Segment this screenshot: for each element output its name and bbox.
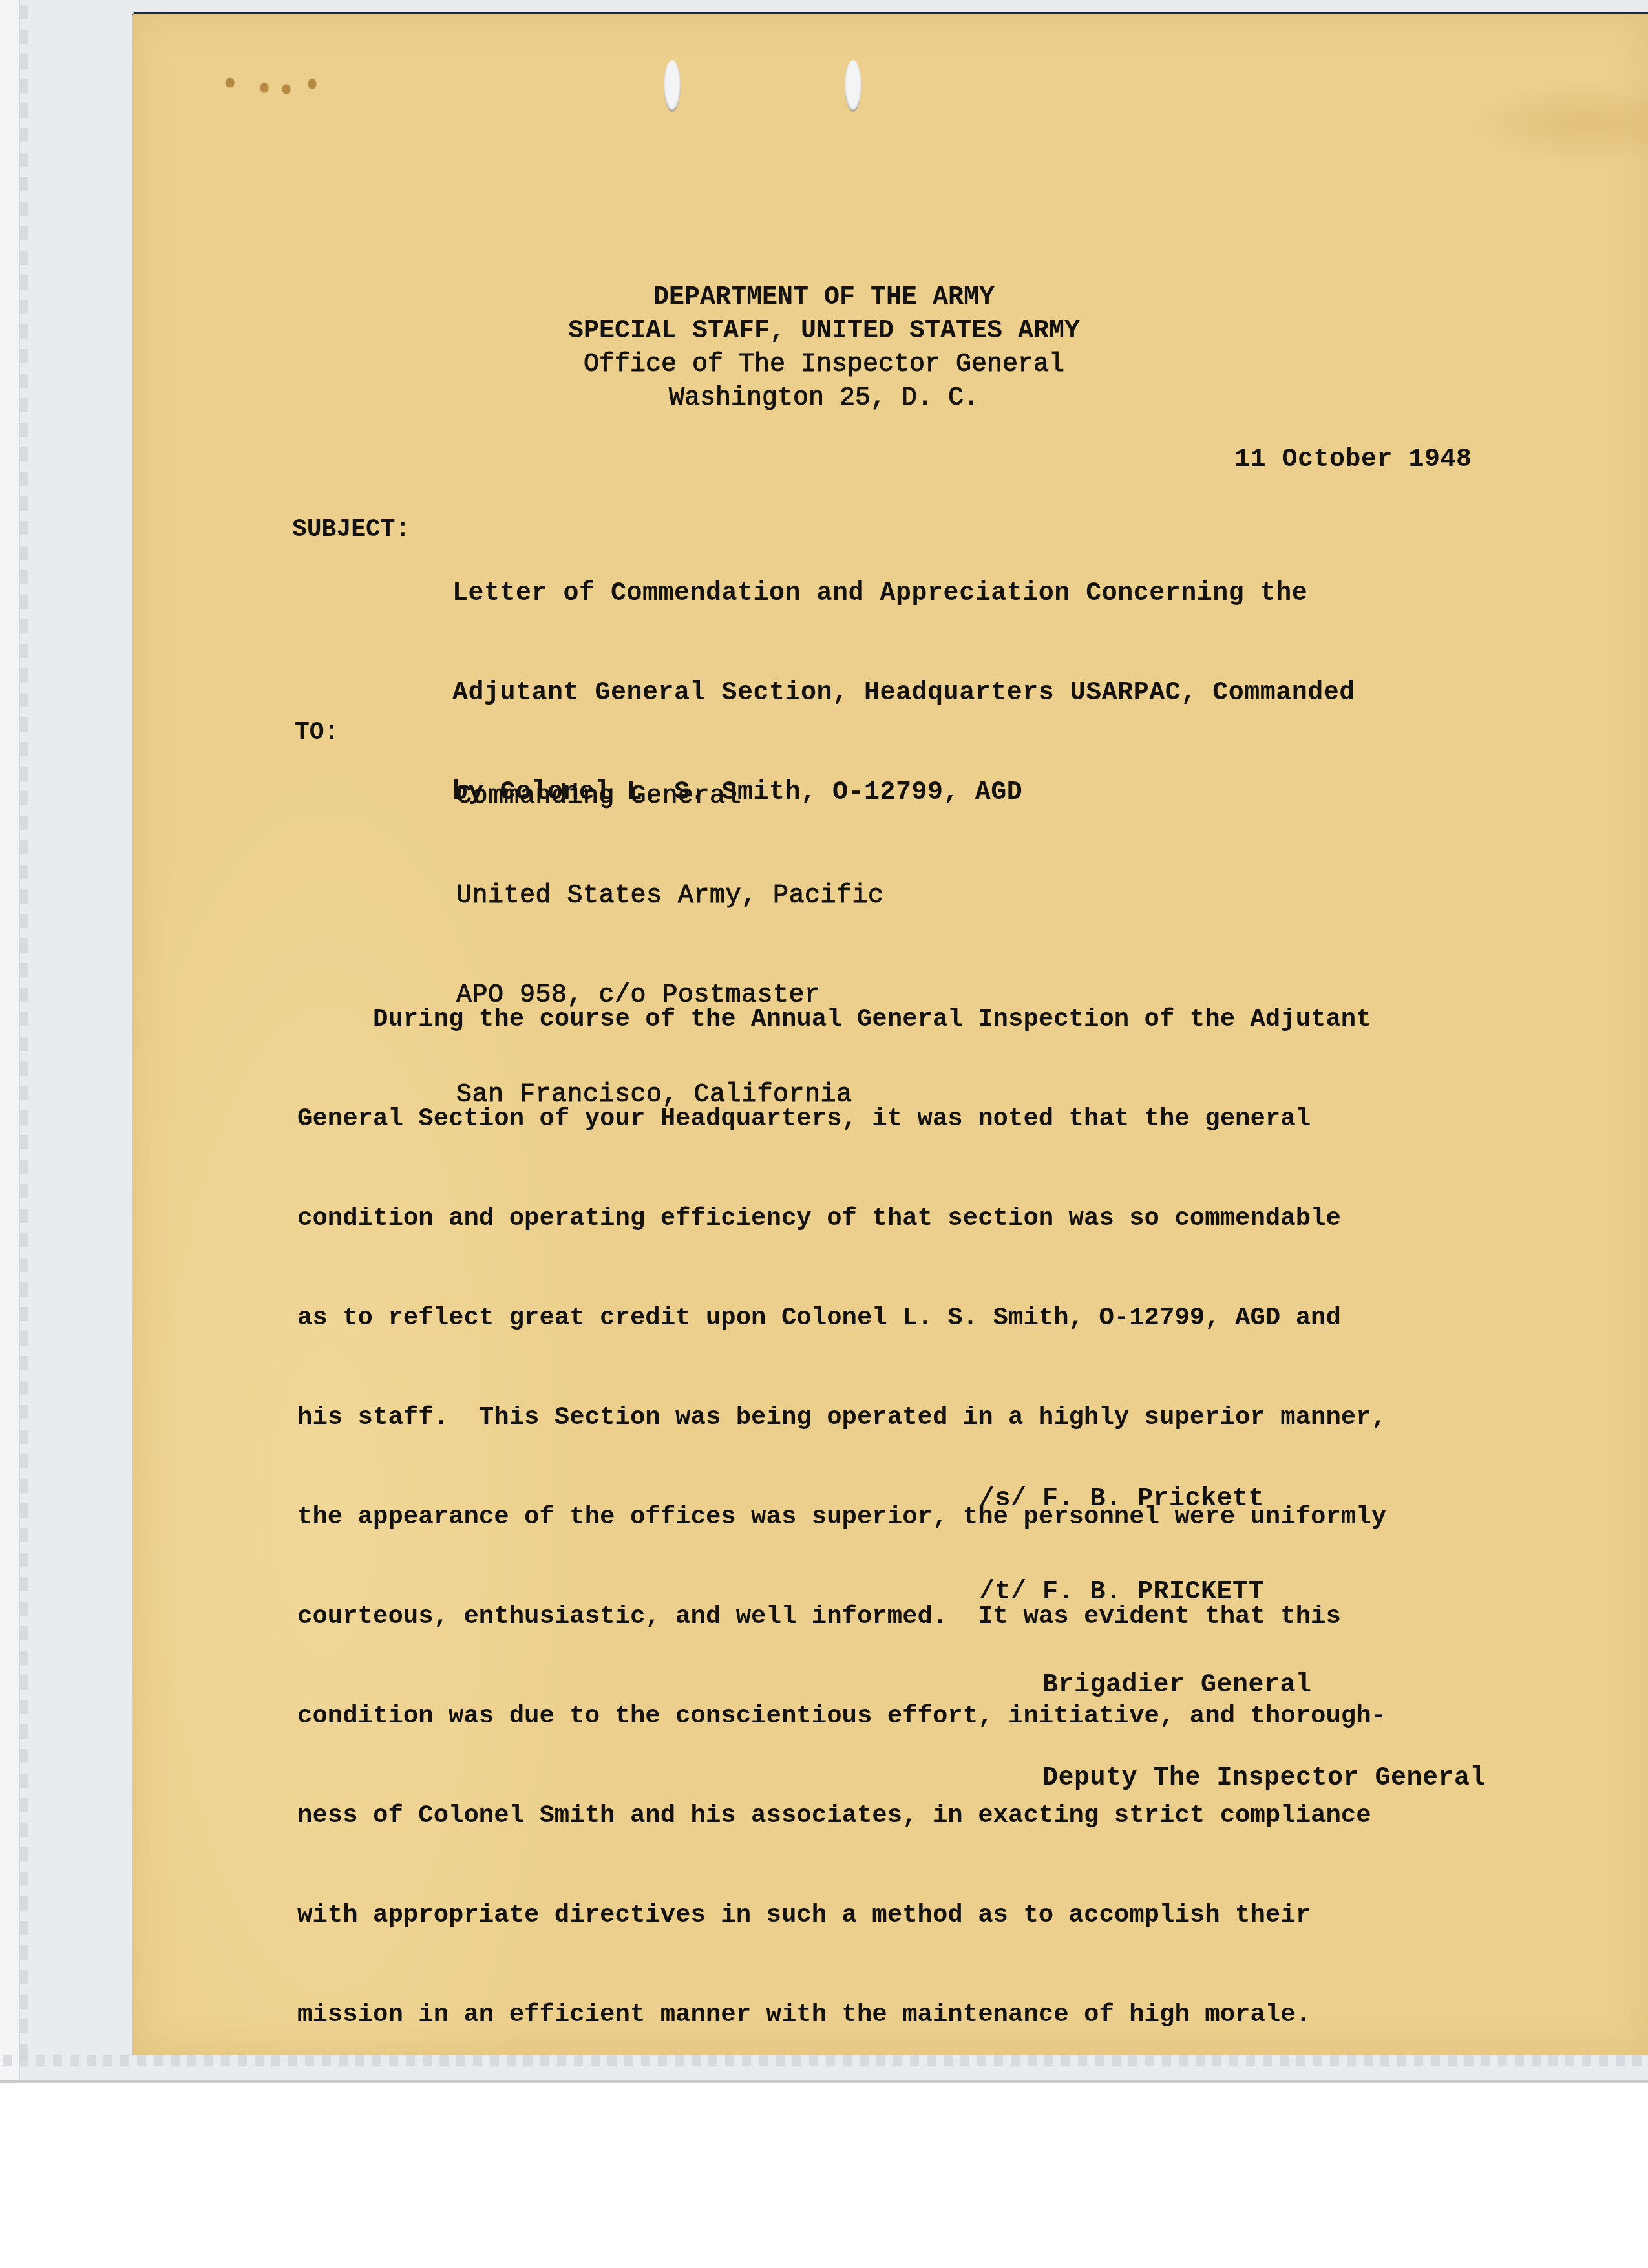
staple-hole-icon bbox=[226, 78, 234, 87]
signature-block: /s/ F. B. Prickett /t/ F. B. PRICKETT Br… bbox=[979, 1422, 1486, 1825]
letterhead-office: Office of The Inspector General bbox=[0, 350, 1648, 379]
body-line: General Section of your Headquarters, it… bbox=[297, 1103, 1386, 1135]
punch-hole-icon bbox=[845, 60, 861, 112]
title-line: Deputy The Inspector General bbox=[979, 1763, 1486, 1794]
letterhead-address: Washington 25, D. C. bbox=[0, 384, 1648, 413]
typed-name-line: /t/ F. B. PRICKETT bbox=[979, 1577, 1486, 1608]
subject-line: Letter of Commendation and Appreciation … bbox=[452, 578, 1355, 610]
punch-hole-icon bbox=[664, 60, 681, 112]
letter-date: 11 October 1948 bbox=[1234, 443, 1472, 477]
recipient-line: United States Army, Pacific bbox=[456, 880, 884, 913]
staple-hole-icon bbox=[282, 85, 290, 94]
to-label: TO: bbox=[295, 719, 339, 747]
sleeve-edge bbox=[0, 2080, 1648, 2083]
letterhead-staff: SPECIAL STAFF, UNITED STATES ARMY bbox=[0, 317, 1648, 346]
subject-line: Adjutant General Section, Headquarters U… bbox=[452, 677, 1355, 710]
signature-line: /s/ F. B. Prickett bbox=[979, 1484, 1486, 1515]
subject-label: SUBJECT: bbox=[292, 516, 410, 544]
rank-line: Brigadier General bbox=[979, 1670, 1486, 1701]
staple-hole-icon bbox=[260, 83, 268, 92]
sleeve-binder-strip bbox=[0, 0, 20, 2083]
letterhead-department: DEPARTMENT OF THE ARMY bbox=[0, 283, 1648, 312]
body-line: with appropriate directives in such a me… bbox=[297, 1899, 1386, 1931]
staple-hole-icon bbox=[308, 79, 316, 89]
body-line: as to reflect great credit upon Colonel … bbox=[297, 1302, 1386, 1334]
recipient-line: Commanding General bbox=[456, 781, 884, 813]
body-line: During the course of the Annual General … bbox=[297, 1003, 1386, 1035]
body-line: mission in an efficient manner with the … bbox=[297, 1998, 1386, 2031]
body-line: condition and operating efficiency of th… bbox=[297, 1202, 1386, 1235]
